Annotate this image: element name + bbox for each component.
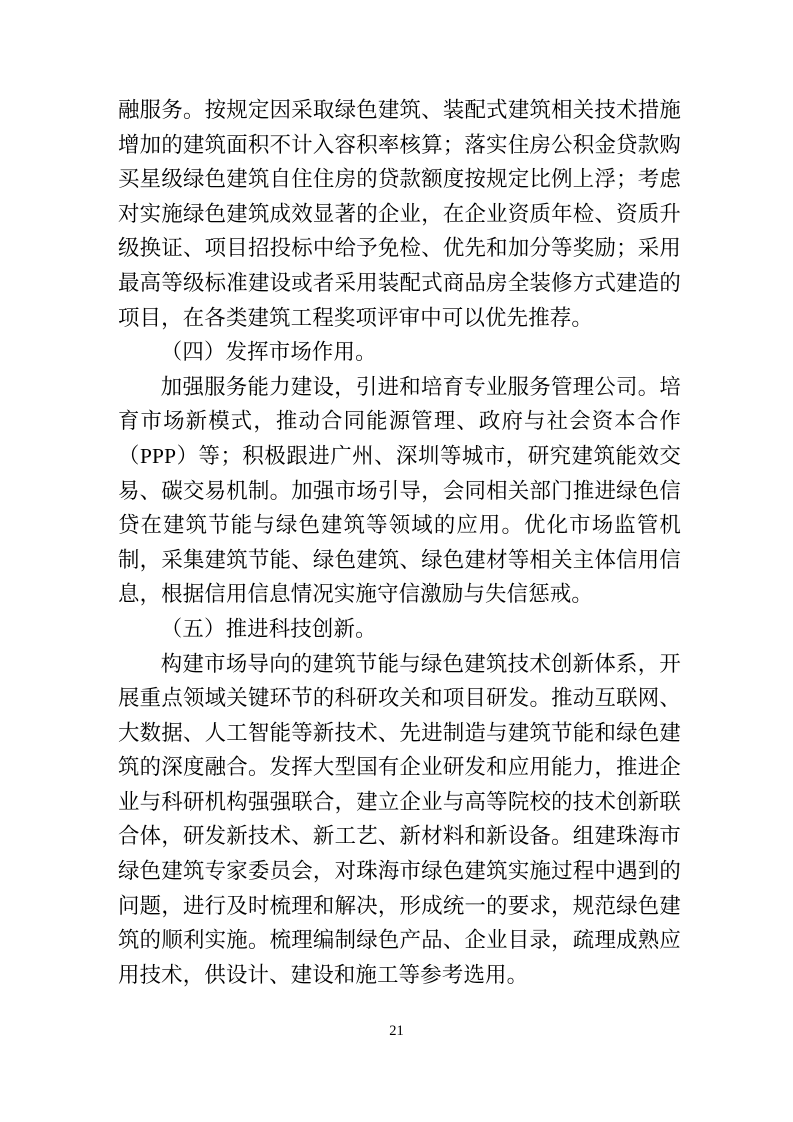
paragraph-market-role: 加强服务能力建设，引进和培育专业服务管理公司。培育市场新模式，推动合同能源管理、… — [118, 370, 681, 612]
page-number: 21 — [0, 1022, 793, 1040]
document-page: 融服务。按规定因采取绿色建筑、装配式建筑相关技术措施增加的建筑面积不计入容积率核… — [0, 0, 793, 1122]
paragraph-tech-innovation: 构建市场导向的建筑节能与绿色建筑技术创新体系，开展重点领域关键环节的科研攻关和项… — [118, 647, 681, 993]
section-heading-5: （五）推进科技创新。 — [118, 612, 681, 647]
paragraph-continuation: 融服务。按规定因采取绿色建筑、装配式建筑相关技术措施增加的建筑面积不计入容积率核… — [118, 93, 681, 335]
section-heading-4: （四）发挥市场作用。 — [118, 335, 681, 370]
document-text-block: 融服务。按规定因采取绿色建筑、装配式建筑相关技术措施增加的建筑面积不计入容积率核… — [118, 93, 681, 992]
